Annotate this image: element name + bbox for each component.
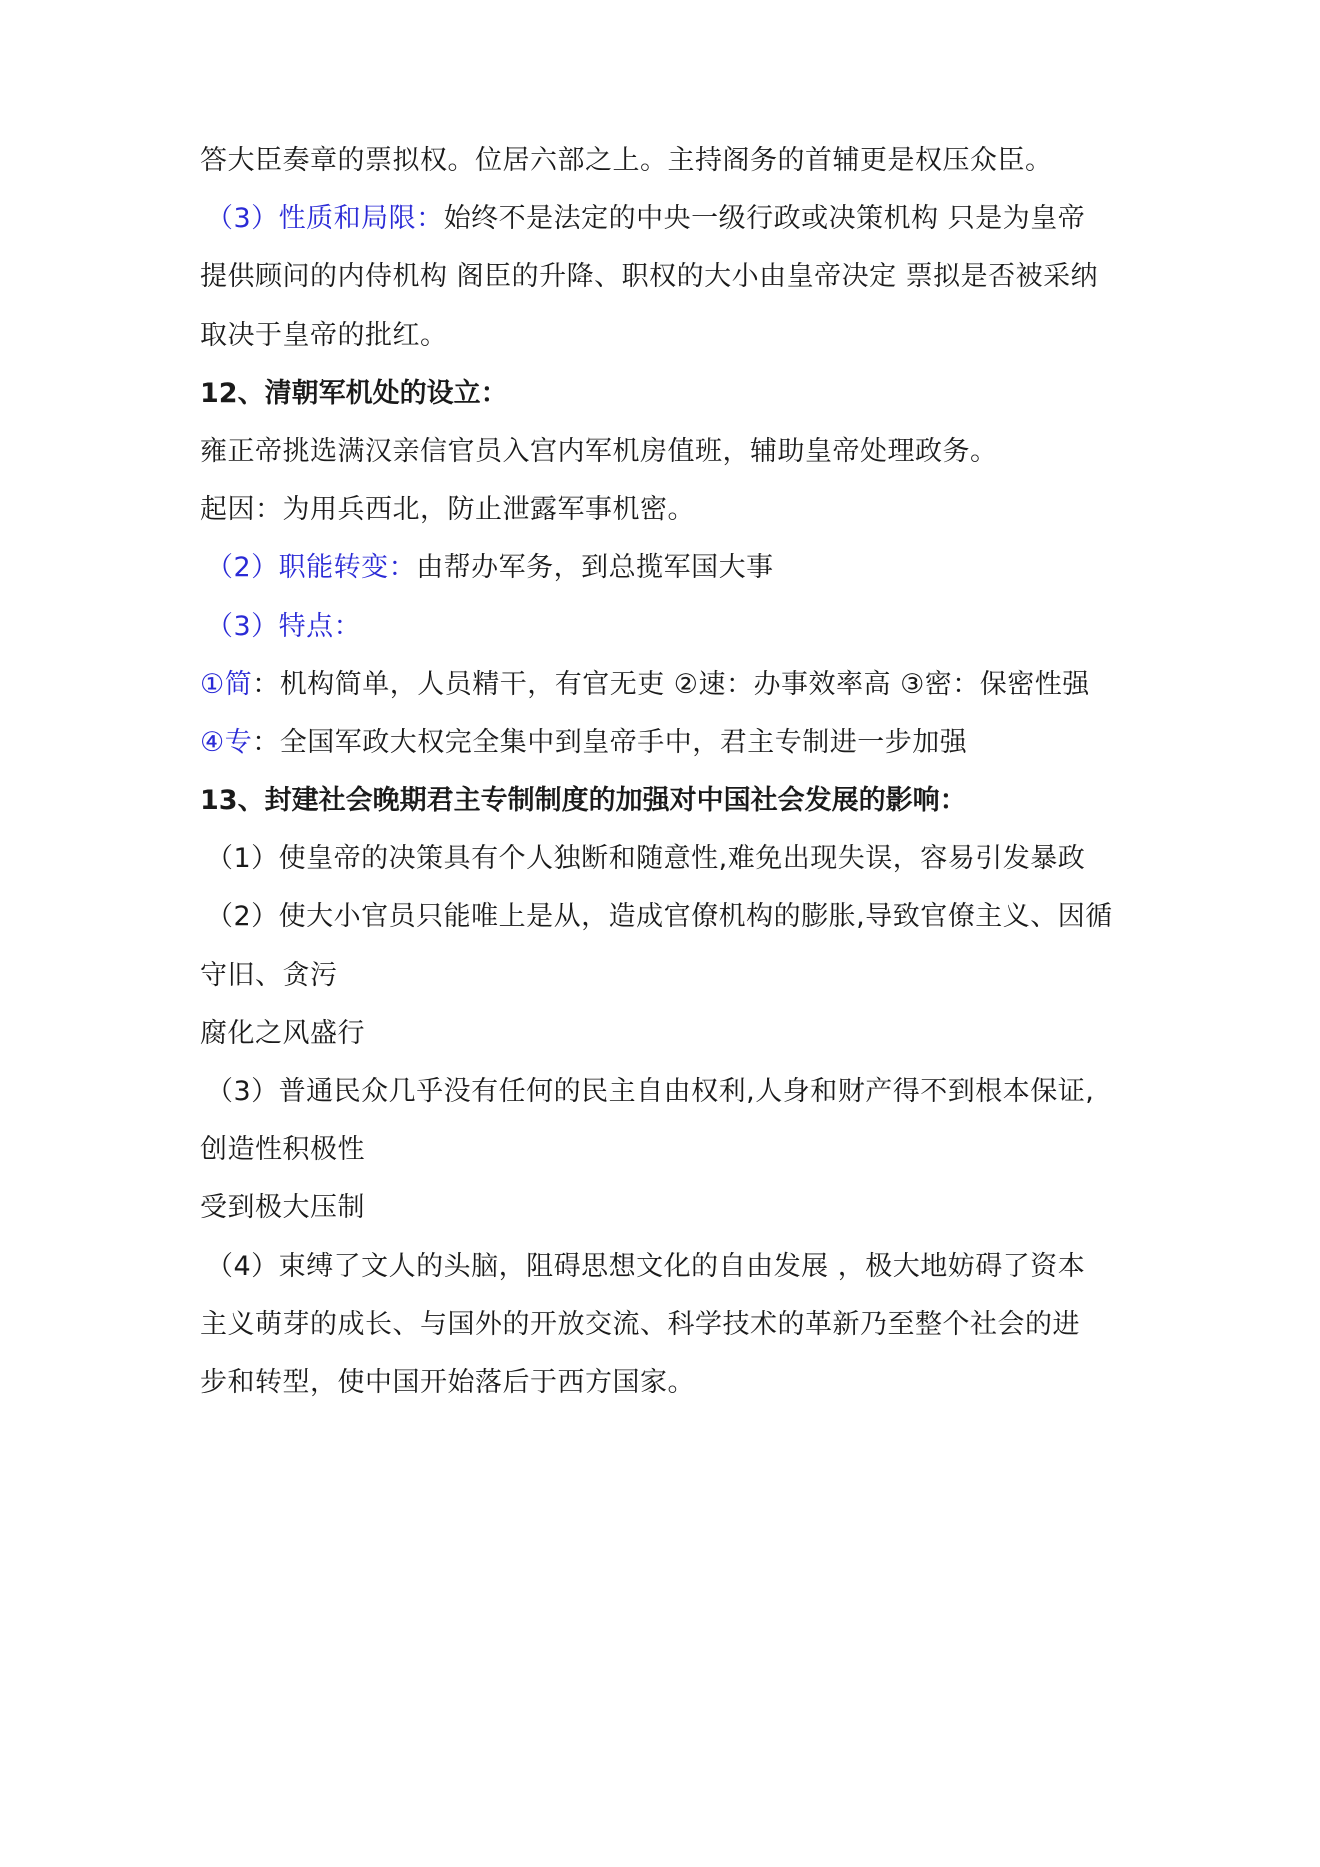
- body-text: 始终不是法定的中央一级行政或决策机构 只是为皇帝: [444, 203, 1086, 234]
- paragraph-line: （3）特点：: [200, 598, 1220, 656]
- body-text: 守旧、贪污: [200, 960, 338, 991]
- body-text: 创造性积极性: [200, 1134, 365, 1165]
- paragraph-line: 起因：为用兵西北，防止泄露军事机密。: [200, 481, 1220, 539]
- body-text: （3）普通民众几乎没有任何的民主自由权利,人身和财产得不到根本保证,: [206, 1076, 1094, 1107]
- paragraph-line: 受到极大压制: [200, 1179, 1220, 1237]
- body-text: （4）束缚了文人的头脑，阻碍思想文化的自由发展 ，极大地妨碍了资本: [206, 1251, 1085, 1282]
- heading-text: 13、封建社会晚期君主专制制度的加强对中国社会发展的影响：: [200, 785, 967, 816]
- body-text: 答大臣奏章的票拟权。位居六部之上。主持阁务的首辅更是权压众臣。: [200, 145, 1053, 176]
- section-heading-12: 12、清朝军机处的设立：: [200, 365, 1220, 423]
- document-page: 答大臣奏章的票拟权。位居六部之上。主持阁务的首辅更是权压众臣。 （3）性质和局限…: [200, 132, 1220, 1412]
- paragraph-line: （3）性质和局限：始终不是法定的中央一级行政或决策机构 只是为皇帝: [200, 190, 1220, 248]
- subheading-label: （3）特点：: [206, 611, 361, 642]
- paragraph-line: （1）使皇帝的决策具有个人独断和随意性,难免出现失误，容易引发暴政: [200, 830, 1220, 888]
- body-text: 取决于皇帝的批红。: [200, 320, 448, 351]
- paragraph-line: （2）使大小官员只能唯上是从，造成官僚机构的膨胀,导致官僚主义、因循: [200, 888, 1220, 946]
- body-text: （2）使大小官员只能唯上是从，造成官僚机构的膨胀,导致官僚主义、因循: [206, 901, 1113, 932]
- body-text: 腐化之风盛行: [200, 1018, 365, 1049]
- paragraph-line: ④专：全国军政大权完全集中到皇帝手中，君主专制进一步加强: [200, 714, 1220, 772]
- body-text: 提供顾问的内侍机构 阁臣的升降、职权的大小由皇帝决定 票拟是否被采纳: [200, 261, 1098, 292]
- body-text: 起因：为用兵西北，防止泄露军事机密。: [200, 494, 695, 525]
- body-text: ：全国军政大权完全集中到皇帝手中，君主专制进一步加强: [252, 727, 967, 758]
- paragraph-line: （2）职能转变：由帮办军务，到总揽军国大事: [200, 539, 1220, 597]
- feature-label: ④专: [200, 727, 252, 758]
- body-text: （1）使皇帝的决策具有个人独断和随意性,难免出现失误，容易引发暴政: [206, 843, 1085, 874]
- body-text: ：机构简单，人员精干，有官无吏 ②速：办事效率高 ③密：保密性强: [252, 669, 1090, 700]
- paragraph-line: 创造性积极性: [200, 1121, 1220, 1179]
- paragraph-line: 答大臣奏章的票拟权。位居六部之上。主持阁务的首辅更是权压众臣。: [200, 132, 1220, 190]
- paragraph-line: 步和转型，使中国开始落后于西方国家。: [200, 1354, 1220, 1412]
- body-text: 雍正帝挑选满汉亲信官员入宫内军机房值班，辅助皇帝处理政务。: [200, 436, 998, 467]
- body-text: 主义萌芽的成长、与国外的开放交流、科学技术的革新乃至整个社会的进: [200, 1309, 1080, 1340]
- body-text: 由帮办军务，到总揽军国大事: [416, 552, 774, 583]
- body-text: 受到极大压制: [200, 1192, 365, 1223]
- paragraph-line: 腐化之风盛行: [200, 1005, 1220, 1063]
- paragraph-line: 主义萌芽的成长、与国外的开放交流、科学技术的革新乃至整个社会的进: [200, 1296, 1220, 1354]
- heading-text: 12、清朝军机处的设立：: [200, 378, 508, 409]
- paragraph-line: 提供顾问的内侍机构 阁臣的升降、职权的大小由皇帝决定 票拟是否被采纳: [200, 248, 1220, 306]
- paragraph-line: ①简：机构简单，人员精干，有官无吏 ②速：办事效率高 ③密：保密性强: [200, 656, 1220, 714]
- body-text: 步和转型，使中国开始落后于西方国家。: [200, 1367, 695, 1398]
- subheading-label: （2）职能转变：: [206, 552, 416, 583]
- paragraph-line: （4）束缚了文人的头脑，阻碍思想文化的自由发展 ，极大地妨碍了资本: [200, 1238, 1220, 1296]
- section-heading-13: 13、封建社会晚期君主专制制度的加强对中国社会发展的影响：: [200, 772, 1220, 830]
- paragraph-line: 守旧、贪污: [200, 947, 1220, 1005]
- paragraph-line: 取决于皇帝的批红。: [200, 307, 1220, 365]
- paragraph-line: （3）普通民众几乎没有任何的民主自由权利,人身和财产得不到根本保证,: [200, 1063, 1220, 1121]
- paragraph-line: 雍正帝挑选满汉亲信官员入宫内军机房值班，辅助皇帝处理政务。: [200, 423, 1220, 481]
- subheading-label: （3）性质和局限：: [206, 203, 444, 234]
- feature-label: ①简: [200, 669, 252, 700]
